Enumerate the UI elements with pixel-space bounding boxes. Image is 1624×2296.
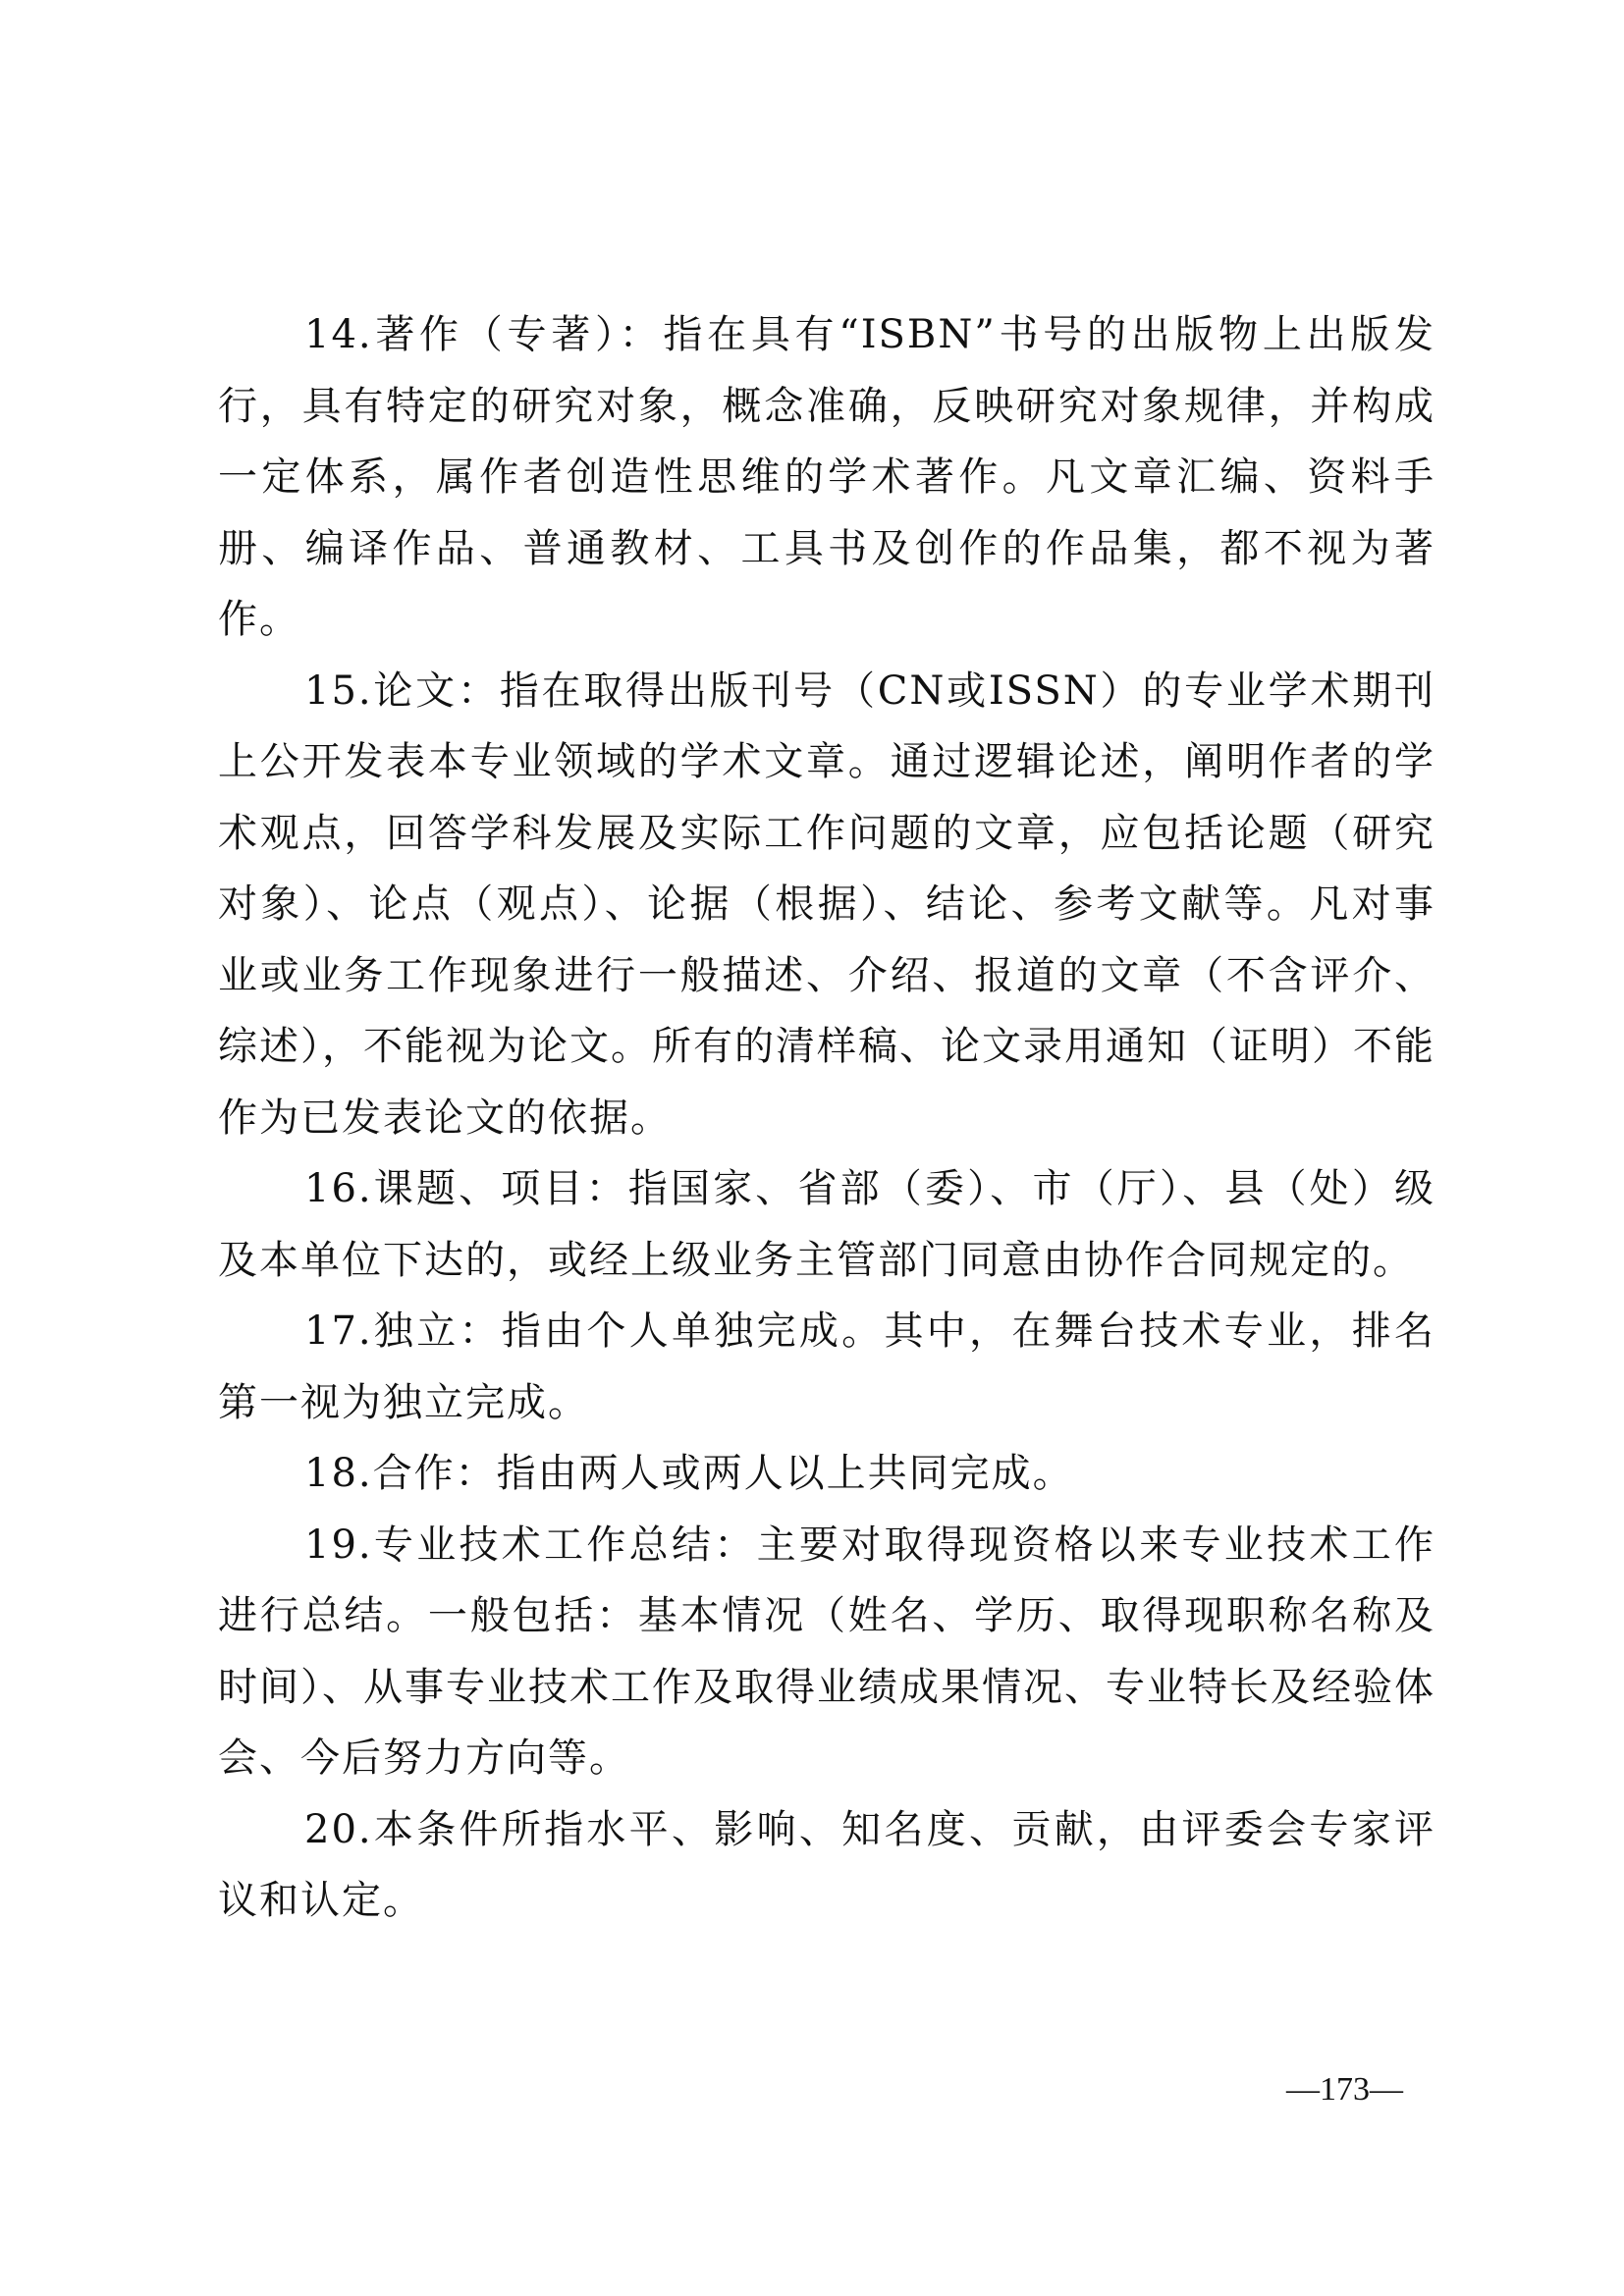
definition-paragraph-15: 15.论文：指在取得出版刊号（CN或ISSN）的专业学术期刊上公开发表本专业领域… [218, 656, 1435, 1154]
document-body: 14.著作（专著）：指在具有“ISBN”书号的出版物上出版发行，具有特定的研究对… [218, 299, 1435, 1937]
definition-paragraph-14: 14.著作（专著）：指在具有“ISBN”书号的出版物上出版发行，具有特定的研究对… [218, 299, 1435, 656]
page-number: —173— [1286, 2071, 1403, 2109]
definition-paragraph-18: 18.合作：指由两人或两人以上共同完成。 [218, 1438, 1435, 1510]
definition-paragraph-17: 17.独立：指由个人单独完成。其中，在舞台技术专业，排名第一视为独立完成。 [218, 1296, 1435, 1438]
definition-paragraph-19: 19.专业技术工作总结：主要对取得现资格以来专业技术工作进行总结。一般包括：基本… [218, 1510, 1435, 1794]
definition-paragraph-16: 16.课题、项目：指国家、省部（委）、市（厅）、县（处）级及本单位下达的，或经上… [218, 1153, 1435, 1296]
definition-paragraph-20: 20.本条件所指水平、影响、知名度、贡献，由评委会专家评议和认定。 [218, 1794, 1435, 1937]
